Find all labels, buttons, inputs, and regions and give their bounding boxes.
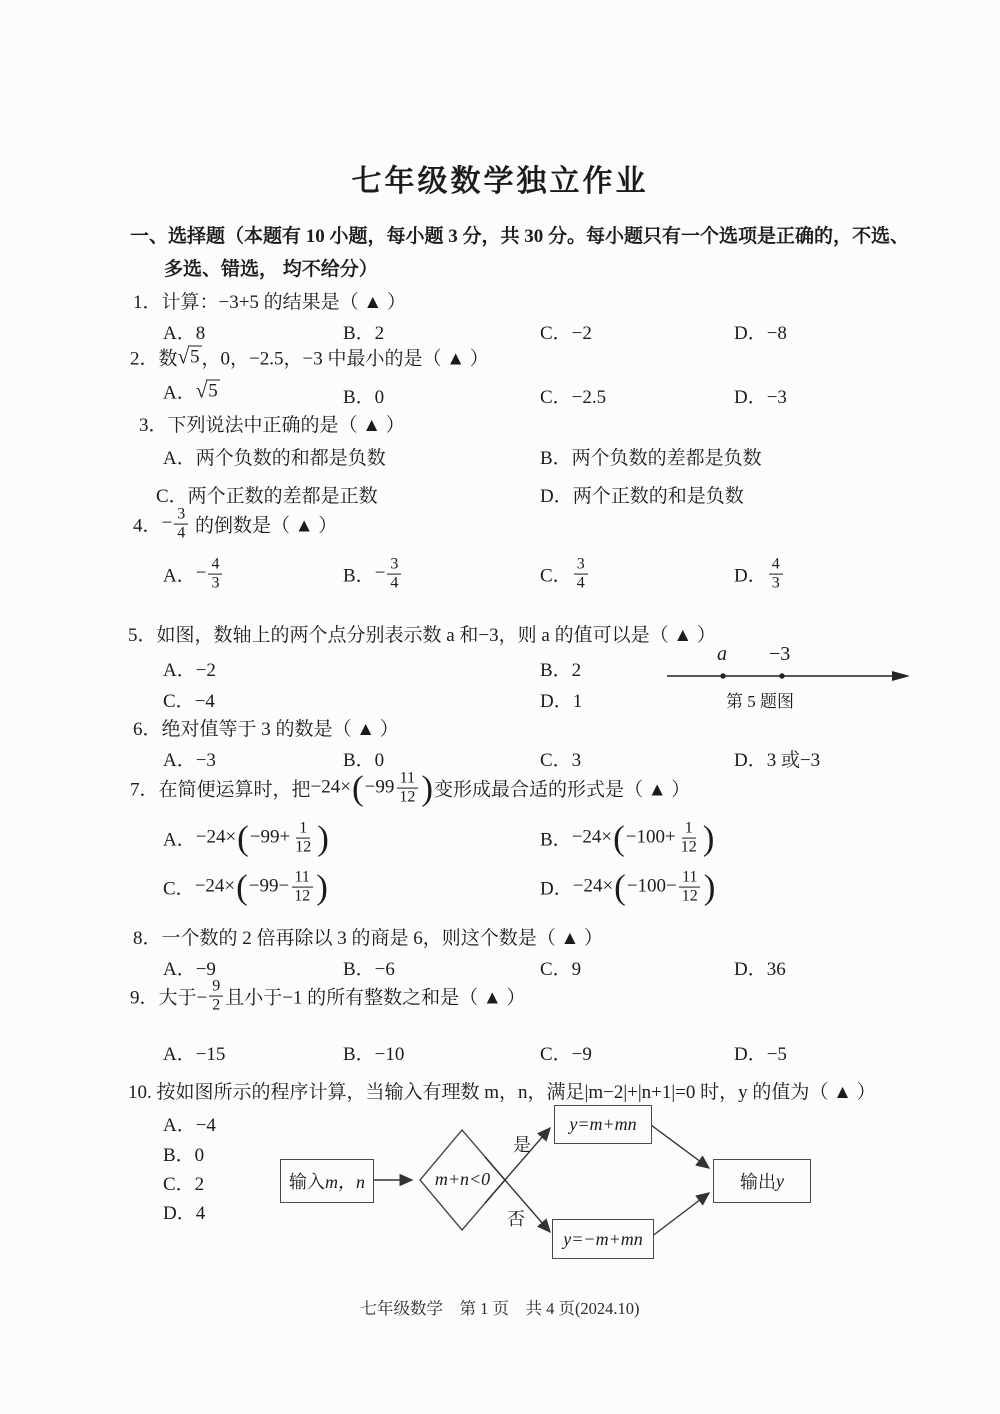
stem-text: ，0，−2.5，−3 中最小的是（ ▲ ）: [202, 344, 489, 371]
stem-text: 且小于−1 的所有整数之和是（ ▲ ）: [225, 983, 525, 1010]
stem-text: 9．大于−: [130, 983, 207, 1010]
question-number: 4．: [133, 511, 162, 538]
arrow-right-icon: [892, 671, 910, 681]
question-7-option-c: C． −24× ( −99− 1112 ): [163, 869, 329, 906]
question-8-option-d: D．36: [734, 954, 786, 981]
fraction: 43: [208, 556, 222, 593]
option-label: A．: [163, 561, 196, 588]
question-7-option-b: B． −24× ( −100+ 112 ): [540, 820, 715, 857]
open-paren: (: [237, 822, 249, 854]
arrow-no-to-output: [651, 1193, 709, 1237]
fraction: 43: [769, 556, 783, 593]
question-4-option-b: B． − 34: [343, 556, 403, 593]
fraction-denominator: 4: [174, 525, 188, 543]
question-7-stem: 7．在简便运算时，把 −24× ( −99 1112 ) 变形成最合适的形式是（…: [130, 770, 690, 807]
fraction: 3 4: [174, 506, 188, 543]
question-3-option-a: A．两个负数的和都是负数: [163, 443, 386, 470]
question-4-option-c: C． 34: [540, 556, 590, 593]
question-1-stem: 1．计算：−3+5 的结果是（ ▲ ）: [133, 287, 406, 314]
question-5-figure: a −3 第 5 题图: [665, 643, 910, 715]
option-label: D．: [734, 561, 767, 588]
question-1-option-c: C．−2: [540, 318, 592, 345]
section-header-line1: 一、选择题（本题有 10 小题，每小题 3 分，共 30 分。每小题只有一个选项…: [130, 221, 909, 248]
option-label: A．: [163, 825, 196, 852]
option-label: C．: [540, 561, 572, 588]
question-6-option-a: A．−3: [163, 745, 216, 772]
flow-input-label: 输入: [289, 1168, 325, 1194]
option-label: B．: [540, 825, 572, 852]
radicand: 5: [188, 346, 202, 369]
flow-input-vars: m，n: [325, 1168, 365, 1194]
fraction: 34: [387, 556, 401, 593]
question-10-option-b: B．0: [163, 1140, 204, 1167]
question-5-stem: 5．如图，数轴上的两个点分别表示数 a 和−3，则 a 的值可以是（ ▲ ）: [128, 620, 716, 647]
stem-text: 的倒数是（ ▲ ）: [190, 511, 337, 538]
option-label: B．: [343, 561, 375, 588]
fraction-sign: −: [162, 513, 173, 535]
question-9-stem: 9．大于− 92 且小于−1 的所有整数之和是（ ▲ ）: [130, 978, 526, 1015]
number-line-label-a: a: [717, 643, 727, 666]
flow-output-label: 输出: [740, 1168, 776, 1194]
question-5-option-c: C．−4: [163, 686, 215, 713]
stem-text: 7．在简便运算时，把: [130, 775, 311, 802]
question-8-stem: 8．一个数的 2 倍再除以 3 的商是 6，则这个数是（ ▲ ）: [133, 923, 603, 950]
open-paren: (: [613, 822, 625, 854]
figure-caption: 第 5 题图: [690, 687, 830, 712]
question-5-option-d: D．1: [540, 686, 582, 713]
option-label: A．: [163, 378, 196, 405]
fraction-numerator: 3: [174, 506, 188, 525]
question-10-flowchart: 输入m，n m+n<0 是 否 y=m+mn y=−m+mn 输出y: [270, 1095, 825, 1270]
fraction-sign: −: [375, 563, 386, 585]
flow-output-var: y: [776, 1171, 784, 1192]
open-paren: (: [236, 871, 248, 903]
flow-output-box: 输出y: [713, 1159, 811, 1203]
close-paren: ): [317, 822, 329, 854]
question-4-option-d: D． 43: [734, 556, 785, 593]
question-9-option-a: A．−15: [163, 1039, 225, 1066]
question-8-option-c: C．9: [540, 954, 581, 981]
question-7-option-a: A． −24× ( −99+ 112 ): [163, 820, 330, 857]
flow-formula-yes-box: y=m+mn: [554, 1105, 652, 1144]
fraction-sign: −: [196, 563, 207, 585]
question-7-option-d: D． −24× ( −100− 1112 ): [540, 869, 716, 906]
number-line-axis: [665, 669, 910, 683]
question-6-option-d: D．3 或−3: [734, 745, 820, 772]
question-9-option-c: C．−9: [540, 1039, 592, 1066]
fraction: 1112: [291, 869, 313, 906]
question-10-option-a: A．−4: [163, 1110, 216, 1137]
number-line-label-minus3: −3: [769, 643, 790, 666]
close-paren: ): [704, 871, 716, 903]
question-4-option-a: A． − 43: [163, 556, 224, 593]
flow-yes-label: 是: [513, 1131, 531, 1157]
point-minus3: [779, 673, 784, 678]
question-9-option-b: B．−10: [343, 1039, 404, 1066]
question-3-option-c: C．两个正数的差都是正数: [156, 481, 378, 508]
radicand: 5: [206, 380, 220, 403]
arrow-yes-to-output: [651, 1125, 709, 1168]
stem-text: 2．数: [130, 344, 178, 371]
flow-condition: m+n<0: [420, 1169, 505, 1190]
question-5-option-b: B．2: [540, 655, 581, 682]
integer-part: −99: [365, 777, 395, 799]
question-10-option-d: D．4: [163, 1198, 205, 1225]
exam-page: 七年级数学独立作业 一、选择题（本题有 10 小题，每小题 3 分，共 30 分…: [0, 0, 1000, 1414]
fraction: 1112: [396, 770, 418, 807]
question-2-option-a: A． √ 5: [163, 378, 220, 405]
flow-input-box: 输入m，n: [280, 1159, 374, 1203]
question-3-option-d: D．两个正数的和是负数: [540, 481, 744, 508]
option-label: C．: [163, 874, 195, 901]
question-9-option-d: D．−5: [734, 1039, 787, 1066]
section-header-line2: 多选、错选， 均不给分）: [164, 254, 378, 281]
question-2-option-c: C．−2.5: [540, 382, 606, 409]
question-2-option-d: D．−3: [734, 382, 787, 409]
question-10-option-c: C．2: [163, 1169, 204, 1196]
question-5-option-a: A．−2: [163, 655, 216, 682]
question-6-stem: 6．绝对值等于 3 的数是（ ▲ ）: [133, 714, 399, 741]
fraction: 34: [574, 556, 588, 593]
question-2-stem: 2．数 √ 5 ，0，−2.5，−3 中最小的是（ ▲ ）: [130, 344, 489, 371]
flow-no-label: 否: [507, 1205, 525, 1231]
fraction: 92: [209, 978, 223, 1015]
question-6-option-c: C．3: [540, 745, 581, 772]
close-paren: ): [316, 871, 328, 903]
question-3-option-b: B．两个负数的差都是负数: [540, 443, 762, 470]
page-title: 七年级数学独立作业: [0, 156, 1000, 200]
fraction: 1112: [679, 869, 701, 906]
stem-text: 变形成最合适的形式是（ ▲ ）: [434, 775, 690, 802]
expression-prefix: −24×: [311, 777, 351, 799]
question-4-stem: 4． − 3 4 的倒数是（ ▲ ）: [133, 506, 337, 543]
question-1-option-b: B．2: [343, 318, 384, 345]
question-3-stem: 3．下列说法中正确的是（ ▲ ）: [139, 410, 405, 437]
close-paren: ): [703, 822, 715, 854]
point-a: [720, 673, 725, 678]
fraction: 112: [678, 820, 700, 857]
question-1-option-d: D．−8: [734, 318, 787, 345]
option-label: D．: [540, 874, 573, 901]
question-2-option-b: B．0: [343, 382, 384, 409]
open-paren: (: [352, 772, 364, 804]
question-1-option-a: A．8: [163, 318, 205, 345]
open-paren: (: [614, 871, 626, 903]
close-paren: ): [421, 772, 433, 804]
page-footer: 七年级数学 第 1 页 共 4 页(2024.10): [0, 1295, 1000, 1319]
fraction: 112: [292, 820, 314, 857]
flow-formula-no-box: y=−m+mn: [552, 1219, 654, 1259]
